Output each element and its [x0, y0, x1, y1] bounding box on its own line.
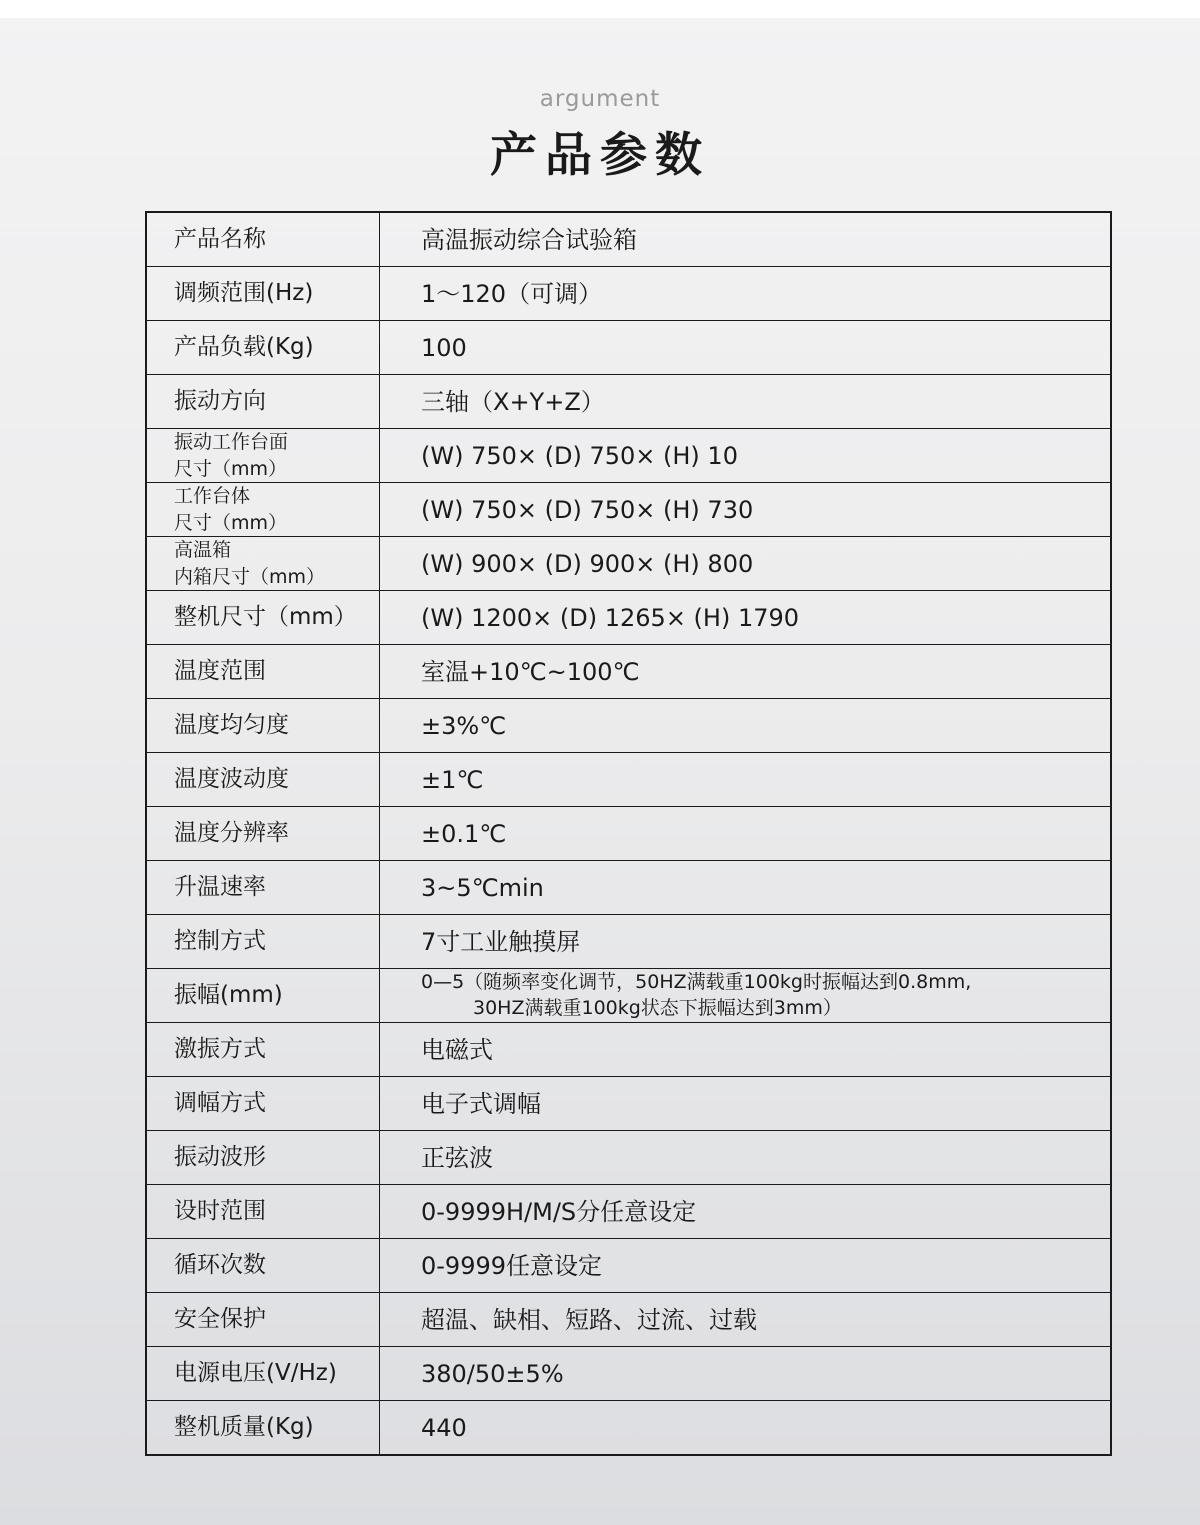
eyebrow-text: argument — [0, 86, 1200, 112]
param-value: (W) 1200× (D) 1265× (H) 1790 — [421, 603, 1100, 633]
param-value: 100 — [421, 333, 1100, 363]
param-value-cell: 100 — [380, 321, 1110, 374]
param-value: ±3%℃ — [421, 711, 1100, 741]
param-value-cell: 3~5℃min — [380, 861, 1110, 914]
table-row: 振动方向三轴（X+Y+Z） — [147, 374, 1110, 428]
param-label-cell: 整机质量(Kg) — [147, 1401, 380, 1454]
param-label: 尺寸（mm） — [174, 510, 379, 537]
param-label-cell: 电源电压(V/Hz) — [147, 1347, 380, 1400]
param-value: (W) 900× (D) 900× (H) 800 — [421, 549, 1100, 579]
param-value-cell: 超温、缺相、短路、过流、过载 — [380, 1293, 1110, 1346]
param-value-cell: ±3%℃ — [380, 699, 1110, 752]
param-value: 440 — [421, 1413, 1100, 1443]
param-label: 温度波动度 — [174, 765, 379, 794]
table-row: 高温箱内箱尺寸（mm）(W) 900× (D) 900× (H) 800 — [147, 536, 1110, 590]
param-value-cell: (W) 900× (D) 900× (H) 800 — [380, 537, 1110, 590]
param-label-cell: 升温速率 — [147, 861, 380, 914]
param-label: 振幅(mm) — [174, 981, 379, 1010]
table-row: 产品负载(Kg)100 — [147, 320, 1110, 374]
param-label: 产品负载(Kg) — [174, 333, 379, 362]
param-value-cell: 380/50±5% — [380, 1347, 1110, 1400]
table-row: 安全保护超温、缺相、短路、过流、过载 — [147, 1292, 1110, 1346]
table-row: 振幅(mm)0—5（随频率变化调节，50HZ满载重100kg时振幅达到0.8mm… — [147, 968, 1110, 1022]
param-value: ±1℃ — [421, 765, 1100, 795]
table-row: 整机质量(Kg)440 — [147, 1400, 1110, 1454]
param-label: 控制方式 — [174, 927, 379, 956]
param-label: 振动工作台面 — [174, 429, 379, 456]
table-row: 电源电压(V/Hz)380/50±5% — [147, 1346, 1110, 1400]
param-label: 整机尺寸（mm） — [174, 603, 379, 632]
param-label-cell: 调幅方式 — [147, 1077, 380, 1130]
table-row: 振动波形正弦波 — [147, 1130, 1110, 1184]
param-value: 1～120（可调） — [421, 279, 1100, 309]
param-value: 电子式调幅 — [421, 1089, 1100, 1119]
spec-table: 产品名称高温振动综合试验箱调频范围(Hz)1～120（可调）产品负载(Kg)10… — [145, 211, 1112, 1456]
param-value-cell: 0—5（随频率变化调节，50HZ满载重100kg时振幅达到0.8mm,30HZ满… — [380, 969, 1110, 1022]
param-label-cell: 振动工作台面尺寸（mm） — [147, 429, 380, 482]
param-value: 30HZ满载重100kg状态下振幅达到3mm） — [421, 996, 1100, 1022]
param-value: 0-9999任意设定 — [421, 1251, 1100, 1281]
param-label-cell: 控制方式 — [147, 915, 380, 968]
param-label: 高温箱 — [174, 537, 379, 564]
param-label: 循环次数 — [174, 1251, 379, 1280]
param-label: 温度均匀度 — [174, 711, 379, 740]
table-row: 温度均匀度±3%℃ — [147, 698, 1110, 752]
table-row: 温度波动度±1℃ — [147, 752, 1110, 806]
table-row: 温度分辨率±0.1℃ — [147, 806, 1110, 860]
param-label: 温度分辨率 — [174, 819, 379, 848]
param-value-cell: 高温振动综合试验箱 — [380, 213, 1110, 266]
param-value-cell: 室温+10℃~100℃ — [380, 645, 1110, 698]
param-label-cell: 温度范围 — [147, 645, 380, 698]
table-row: 整机尺寸（mm）(W) 1200× (D) 1265× (H) 1790 — [147, 590, 1110, 644]
param-label: 振动波形 — [174, 1143, 379, 1172]
param-value: 三轴（X+Y+Z） — [421, 387, 1100, 417]
param-label: 激振方式 — [174, 1035, 379, 1064]
param-label: 工作台体 — [174, 483, 379, 510]
param-value: 0-9999H/M/S分任意设定 — [421, 1197, 1100, 1227]
param-label: 振动方向 — [174, 387, 379, 416]
table-row: 设时范围0-9999H/M/S分任意设定 — [147, 1184, 1110, 1238]
param-value-cell: 0-9999任意设定 — [380, 1239, 1110, 1292]
param-label: 调频范围(Hz) — [174, 279, 379, 308]
param-label-cell: 调频范围(Hz) — [147, 267, 380, 320]
table-row: 激振方式电磁式 — [147, 1022, 1110, 1076]
param-label-cell: 温度波动度 — [147, 753, 380, 806]
param-label-cell: 循环次数 — [147, 1239, 380, 1292]
param-label: 产品名称 — [174, 225, 379, 254]
table-row: 控制方式7寸工业触摸屏 — [147, 914, 1110, 968]
param-value: 室温+10℃~100℃ — [421, 657, 1100, 687]
param-label-cell: 高温箱内箱尺寸（mm） — [147, 537, 380, 590]
param-label: 升温速率 — [174, 873, 379, 902]
param-value: 380/50±5% — [421, 1359, 1100, 1389]
param-value-cell: (W) 750× (D) 750× (H) 730 — [380, 483, 1110, 536]
param-label-cell: 产品名称 — [147, 213, 380, 266]
table-row: 调幅方式电子式调幅 — [147, 1076, 1110, 1130]
param-value-cell: 三轴（X+Y+Z） — [380, 375, 1110, 428]
param-value: (W) 750× (D) 750× (H) 10 — [421, 441, 1100, 471]
param-value-cell: ±1℃ — [380, 753, 1110, 806]
table-row: 温度范围室温+10℃~100℃ — [147, 644, 1110, 698]
param-value: 7寸工业触摸屏 — [421, 927, 1100, 957]
param-label: 安全保护 — [174, 1305, 379, 1334]
param-label-cell: 产品负载(Kg) — [147, 321, 380, 374]
param-label-cell: 安全保护 — [147, 1293, 380, 1346]
param-value: 0—5（随频率变化调节，50HZ满载重100kg时振幅达到0.8mm, — [421, 970, 1100, 996]
param-label-cell: 振动方向 — [147, 375, 380, 428]
param-value: 正弦波 — [421, 1143, 1100, 1173]
param-label-cell: 激振方式 — [147, 1023, 380, 1076]
table-row: 升温速率3~5℃min — [147, 860, 1110, 914]
param-value-cell: 电磁式 — [380, 1023, 1110, 1076]
param-value-cell: 1～120（可调） — [380, 267, 1110, 320]
param-value-cell: ±0.1℃ — [380, 807, 1110, 860]
param-label-cell: 温度分辨率 — [147, 807, 380, 860]
table-row: 调频范围(Hz)1～120（可调） — [147, 266, 1110, 320]
param-value-cell: 正弦波 — [380, 1131, 1110, 1184]
param-value-cell: 电子式调幅 — [380, 1077, 1110, 1130]
param-label: 调幅方式 — [174, 1089, 379, 1118]
table-row: 产品名称高温振动综合试验箱 — [147, 213, 1110, 266]
param-value: 超温、缺相、短路、过流、过载 — [421, 1305, 1100, 1335]
param-value-cell: (W) 1200× (D) 1265× (H) 1790 — [380, 591, 1110, 644]
param-label-cell: 温度均匀度 — [147, 699, 380, 752]
param-value-cell: 440 — [380, 1401, 1110, 1454]
param-label-cell: 整机尺寸（mm） — [147, 591, 380, 644]
param-label: 温度范围 — [174, 657, 379, 686]
param-label: 尺寸（mm） — [174, 456, 379, 483]
param-label: 整机质量(Kg) — [174, 1413, 379, 1442]
table-row: 工作台体尺寸（mm）(W) 750× (D) 750× (H) 730 — [147, 482, 1110, 536]
param-value: (W) 750× (D) 750× (H) 730 — [421, 495, 1100, 525]
top-white-strip — [0, 0, 1200, 18]
param-label-cell: 设时范围 — [147, 1185, 380, 1238]
param-value: 高温振动综合试验箱 — [421, 225, 1100, 255]
param-label: 设时范围 — [174, 1197, 379, 1226]
param-label-cell: 工作台体尺寸（mm） — [147, 483, 380, 536]
param-value: 3~5℃min — [421, 873, 1100, 903]
param-label-cell: 振幅(mm) — [147, 969, 380, 1022]
param-value: ±0.1℃ — [421, 819, 1100, 849]
param-value-cell: 0-9999H/M/S分任意设定 — [380, 1185, 1110, 1238]
param-label: 电源电压(V/Hz) — [174, 1359, 379, 1388]
param-value-cell: (W) 750× (D) 750× (H) 10 — [380, 429, 1110, 482]
page-title: 产品参数 — [0, 118, 1200, 185]
param-value: 电磁式 — [421, 1035, 1100, 1065]
param-value-cell: 7寸工业触摸屏 — [380, 915, 1110, 968]
param-label: 内箱尺寸（mm） — [174, 564, 379, 591]
table-row: 循环次数0-9999任意设定 — [147, 1238, 1110, 1292]
table-row: 振动工作台面尺寸（mm）(W) 750× (D) 750× (H) 10 — [147, 428, 1110, 482]
param-label-cell: 振动波形 — [147, 1131, 380, 1184]
